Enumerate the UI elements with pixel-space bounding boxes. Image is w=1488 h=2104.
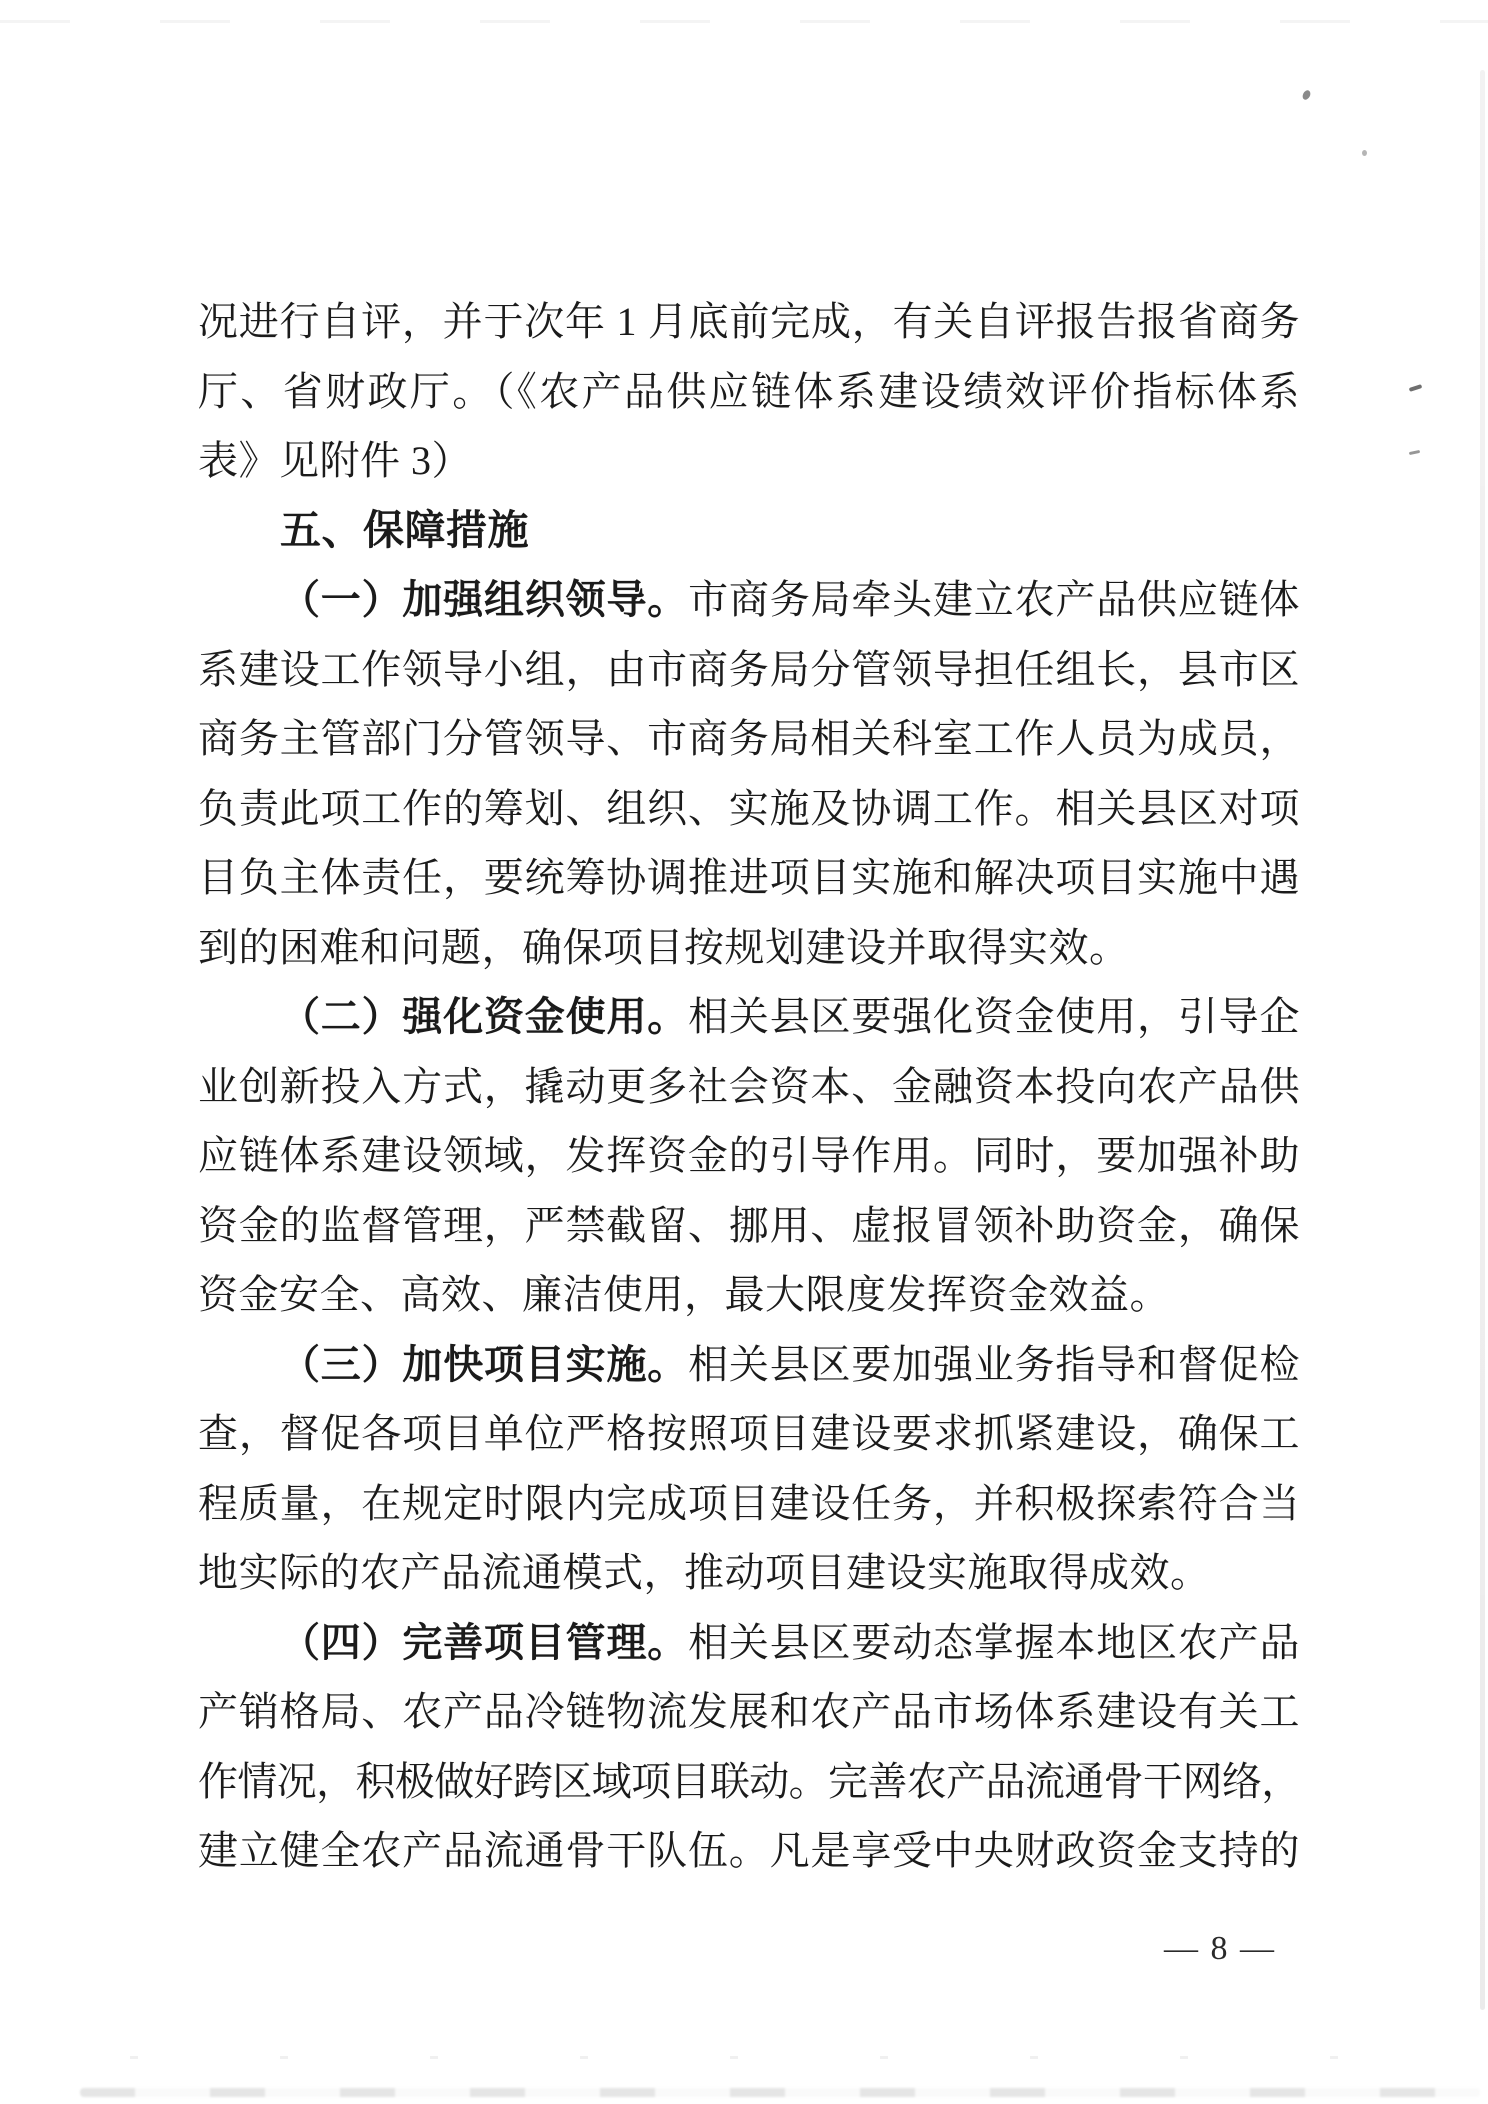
text-line: （二）强化资金使用。相关县区要强化资金使用，引导企 [198, 982, 1300, 1052]
line-text: 地实际的农产品流通模式，推动项目建设实施取得成效。 [198, 1550, 1211, 1595]
line-text: 程质量，在规定时限内完成项目建设任务，并积极探索符合当 [198, 1481, 1300, 1526]
paragraph-lead: （四）完善项目管理。 [280, 1620, 688, 1665]
text-line: 系建设工作领导小组，由市商务局分管领导担任组长，县市区 [198, 635, 1300, 705]
line-text: 系建设工作领导小组，由市商务局分管领导担任组长，县市区 [198, 647, 1300, 692]
text-line: 作情况，积极做好跨区域项目联动。完善农产品流通骨干网络， [198, 1747, 1300, 1817]
text-line: （一）加强组织领导。市商务局牵头建立农产品供应链体 [198, 565, 1300, 635]
scan-artifact-speck [1409, 450, 1420, 455]
line-text: 产销格局、农产品冷链物流发展和农产品市场体系建设有关工 [198, 1689, 1300, 1734]
text-line: 产销格局、农产品冷链物流发展和农产品市场体系建设有关工 [198, 1677, 1300, 1747]
line-text: 市商务局牵头建立农产品供应链体 [688, 577, 1300, 622]
line-text: 相关县区要加强业务指导和督促检 [688, 1342, 1300, 1387]
section-heading: 五、保障措施 [198, 496, 1300, 566]
text-line: （三）加快项目实施。相关县区要加强业务指导和督促检 [198, 1330, 1300, 1400]
line-text: 资金的监督管理，严禁截留、挪用、虚报冒领补助资金，确保 [198, 1203, 1300, 1248]
text-line: 商务主管部门分管领导、市商务局相关科室工作人员为成员， [198, 704, 1300, 774]
line-text: 业创新投入方式，撬动更多社会资本、金融资本投向农产品供 [198, 1064, 1300, 1109]
line-text: 到的困难和问题，确保项目按规划建设并取得实效。 [198, 925, 1130, 970]
line-text: 目负主体责任，要统筹协调推进项目实施和解决项目实施中遇 [198, 855, 1300, 900]
line-text: 商务主管部门分管领导、市商务局相关科室工作人员为成员， [198, 716, 1300, 761]
line-text: 况进行自评，并于次年 1 月底前完成，有关自评报告报省商务 [198, 299, 1300, 344]
text-line: （四）完善项目管理。相关县区要动态掌握本地区农产品 [198, 1608, 1300, 1678]
scan-artifact-top-streak [0, 20, 1488, 23]
text-line: 况进行自评，并于次年 1 月底前完成，有关自评报告报省商务 [198, 287, 1300, 357]
scan-artifact-bottom-dots [130, 2056, 1480, 2059]
line-text: 相关县区要强化资金使用，引导企 [688, 994, 1300, 1039]
paragraph-lead: （三）加快项目实施。 [280, 1342, 688, 1387]
line-text: 查，督促各项目单位严格按照项目建设要求抓紧建设，确保工 [198, 1411, 1300, 1456]
text-line: 目负主体责任，要统筹协调推进项目实施和解决项目实施中遇 [198, 843, 1300, 913]
text-line: 查，督促各项目单位严格按照项目建设要求抓紧建设，确保工 [198, 1399, 1300, 1469]
text-line: 建立健全农产品流通骨干队伍。凡是享受中央财政资金支持的 [198, 1816, 1300, 1886]
paragraph-lead: （二）强化资金使用。 [280, 994, 688, 1039]
text-line: 业创新投入方式，撬动更多社会资本、金融资本投向农产品供 [198, 1052, 1300, 1122]
page-number: — 8 — [1130, 1930, 1310, 1968]
document-body: 况进行自评，并于次年 1 月底前完成，有关自评报告报省商务 厅、省财政厅。（《农… [198, 287, 1300, 1886]
line-text: 厅、省财政厅。（《农产品供应链体系建设绩效评价指标体系 [198, 369, 1300, 414]
line-text: 资金安全、高效、廉洁使用，最大限度发挥资金效益。 [198, 1272, 1170, 1317]
text-line: 资金的监督管理，严禁截留、挪用、虚报冒领补助资金，确保 [198, 1191, 1300, 1261]
text-line: 厅、省财政厅。（《农产品供应链体系建设绩效评价指标体系 [198, 357, 1300, 427]
text-line: 资金安全、高效、廉洁使用，最大限度发挥资金效益。 [198, 1260, 1300, 1330]
text-line: 到的困难和问题，确保项目按规划建设并取得实效。 [198, 913, 1300, 983]
scan-artifact-right-edge [1480, 70, 1485, 2010]
heading-text: 五、保障措施 [280, 507, 529, 553]
text-line: 负责此项工作的筹划、组织、实施及协调工作。相关县区对项 [198, 774, 1300, 844]
paragraph-lead: （一）加强组织领导。 [280, 577, 688, 622]
line-text: 表》见附件 3） [198, 438, 472, 483]
line-text: 负责此项工作的筹划、组织、实施及协调工作。相关县区对项 [198, 786, 1300, 831]
scan-artifact-speck [1362, 150, 1367, 156]
line-text: 应链体系建设领域，发挥资金的引导作用。同时，要加强补助 [198, 1133, 1300, 1178]
document-page: 况进行自评，并于次年 1 月底前完成，有关自评报告报省商务 厅、省财政厅。（《农… [0, 0, 1488, 2104]
text-line: 程质量，在规定时限内完成项目建设任务，并积极探索符合当 [198, 1469, 1300, 1539]
text-line: 地实际的农产品流通模式，推动项目建设实施取得成效。 [198, 1538, 1300, 1608]
line-text: 作情况，积极做好跨区域项目联动。完善农产品流通骨干网络， [198, 1759, 1300, 1804]
line-text: 建立健全农产品流通骨干队伍。凡是享受中央财政资金支持的 [198, 1828, 1300, 1873]
scan-artifact-speck [1301, 89, 1312, 101]
line-text: 相关县区要动态掌握本地区农产品 [688, 1620, 1300, 1665]
text-line: 表》见附件 3） [198, 426, 1300, 496]
scan-artifact-speck [1409, 384, 1423, 392]
text-line: 应链体系建设领域，发挥资金的引导作用。同时，要加强补助 [198, 1121, 1300, 1191]
scan-artifact-bottom-band [80, 2088, 1480, 2097]
